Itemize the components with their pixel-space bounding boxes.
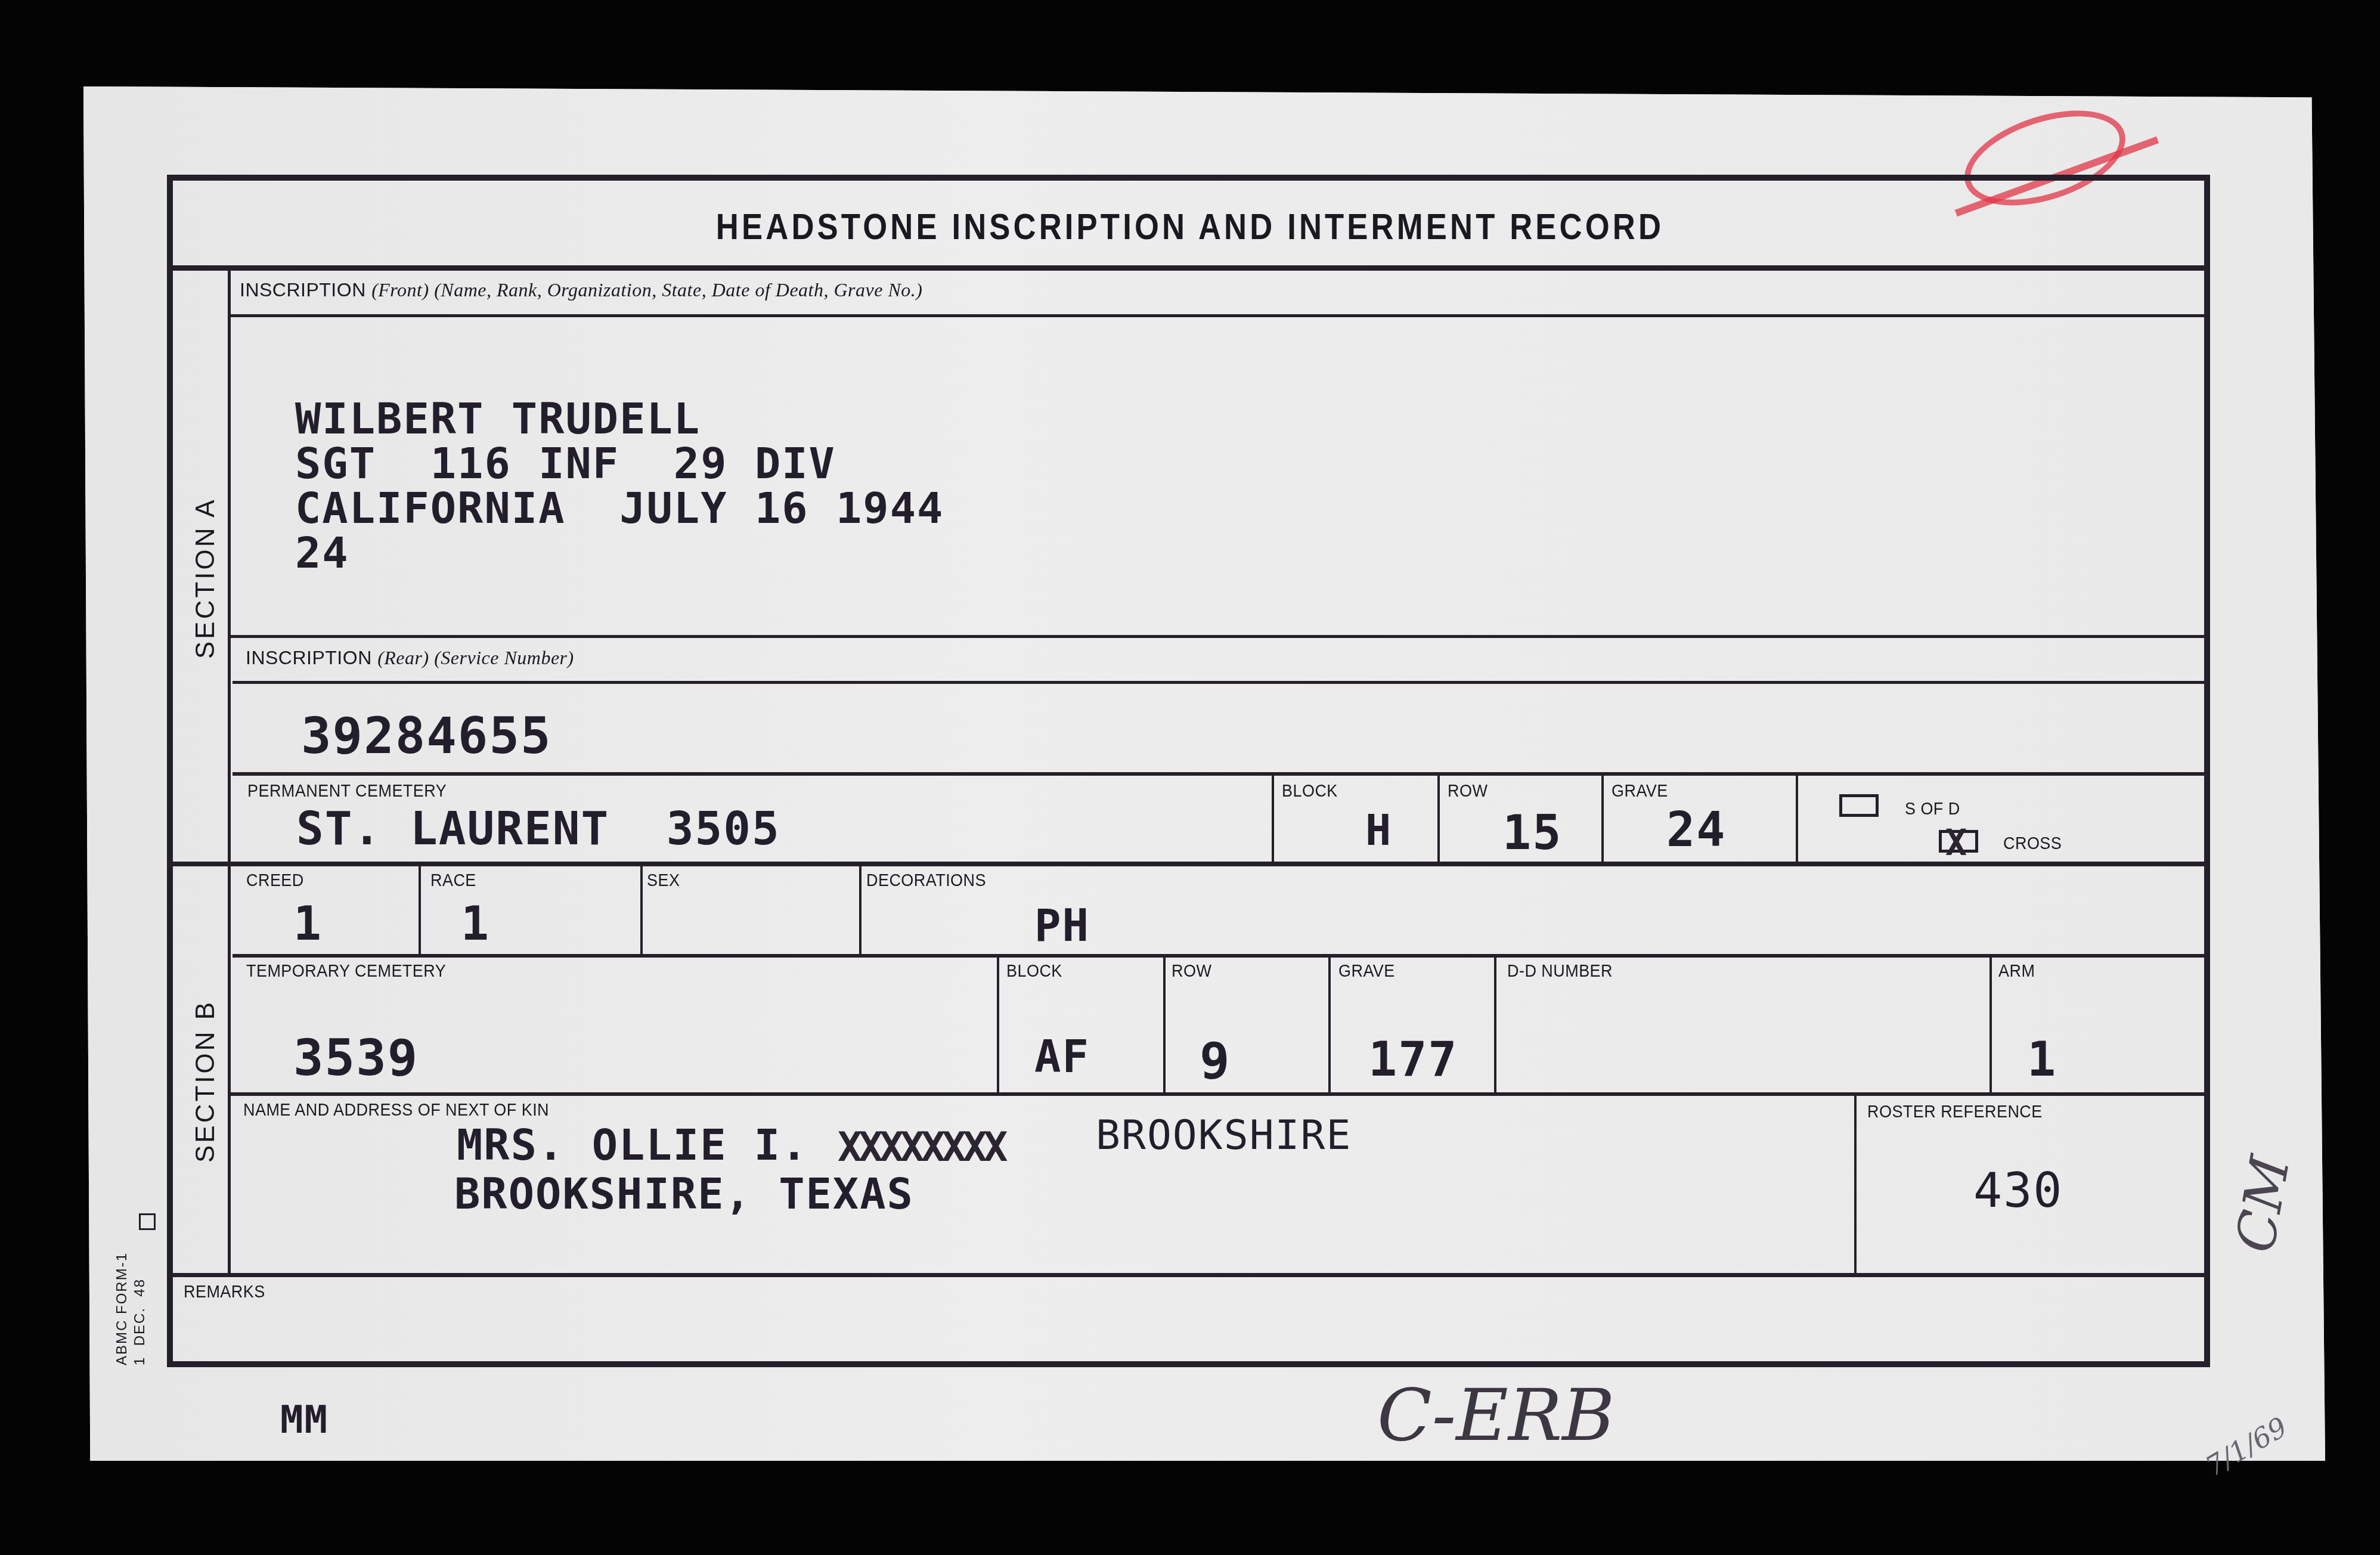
temporary-cemetery-value: 3539 — [293, 1029, 419, 1087]
sex-label: SEX — [647, 871, 680, 891]
divider — [230, 314, 2207, 317]
temporary-cemetery-label: TEMPORARY CEMETERY — [246, 961, 446, 981]
decorations-label: DECORATIONS — [866, 871, 986, 891]
cross-label: CROSS — [2003, 834, 2062, 854]
s-of-d-checkbox[interactable] — [1839, 794, 1879, 817]
divider — [170, 265, 2207, 271]
divider — [1272, 774, 1274, 863]
divider — [1601, 774, 1604, 863]
initials-stamp: MM — [280, 1398, 329, 1442]
perm-row-label: ROW — [1448, 781, 1487, 801]
permanent-cemetery-value: ST. LAURENT 3505 — [296, 802, 780, 855]
arm-value: 1 — [2027, 1031, 2057, 1087]
divider — [170, 1273, 2210, 1277]
perm-grave-label: GRAVE — [1612, 781, 1668, 801]
remarks-label: REMARKS — [184, 1282, 265, 1302]
section-a-label: SECTION A — [191, 497, 221, 659]
divider — [1796, 774, 1798, 863]
temp-row-label: ROW — [1172, 961, 1211, 981]
race-value: 1 — [461, 897, 490, 951]
service-number: 39284655 — [301, 707, 552, 765]
form-id-checkbox — [139, 1213, 156, 1230]
temp-grave-label: GRAVE — [1338, 961, 1395, 981]
section-b-label: SECTION B — [191, 1000, 221, 1163]
permanent-cemetery-label: PERMANENT CEMETERY — [247, 781, 447, 801]
divider — [233, 681, 2207, 684]
divider — [230, 635, 2207, 638]
perm-block-label: BLOCK — [1282, 781, 1338, 801]
roster-reference-value: 430 — [1973, 1163, 2063, 1218]
divider — [1989, 956, 1992, 1094]
creed-label: CREED — [246, 871, 304, 891]
form-title: HEADSTONE INSCRIPTION AND INTERMENT RECO… — [178, 206, 2201, 248]
next-of-kin-correction: BROOKSHIRE — [1096, 1112, 1352, 1159]
next-of-kin-line2: BROOKSHIRE, TEXAS — [454, 1169, 914, 1219]
cross-checkbox[interactable]: X — [1939, 830, 1978, 853]
perm-block-value: H — [1365, 805, 1392, 855]
struck-out-text: XXXXXXXX — [838, 1124, 1005, 1171]
divider — [1854, 1094, 1857, 1276]
inscription-rear-label: INSCRIPTION (Rear) (Service Number) — [246, 647, 574, 669]
perm-row-value: 15 — [1502, 805, 1562, 860]
check-mark-icon: X — [1945, 822, 1967, 864]
temp-block-label: BLOCK — [1006, 961, 1062, 981]
perm-grave-value: 24 — [1666, 802, 1726, 857]
divider — [233, 772, 2207, 776]
next-of-kin-label: NAME AND ADDRESS OF NEXT OF KIN — [243, 1100, 549, 1120]
temp-grave-value: 177 — [1368, 1031, 1458, 1087]
s-of-d-label: S OF D — [1905, 799, 1960, 819]
decorations-value: PH — [1034, 900, 1090, 952]
divider — [419, 865, 421, 957]
divider — [1437, 774, 1440, 863]
divider — [233, 954, 2207, 958]
temp-row-value: 9 — [1200, 1031, 1231, 1090]
divider — [1163, 956, 1166, 1094]
creed-value: 1 — [293, 897, 323, 951]
next-of-kin-line1: MRS. OLLIE I. — [457, 1121, 835, 1169]
divider — [640, 865, 643, 957]
race-label: RACE — [430, 871, 476, 891]
temp-block-value: AF — [1034, 1031, 1090, 1083]
divider — [230, 1092, 2207, 1096]
divider — [173, 862, 2207, 866]
divider — [1494, 956, 1496, 1094]
divider — [228, 268, 231, 1276]
inscription-front-label: INSCRIPTION (Front) (Name, Rank, Organiz… — [240, 279, 922, 301]
divider — [859, 865, 861, 957]
dd-number-label: D-D NUMBER — [1507, 961, 1613, 981]
form-id: ABMC FORM-1 1 DEC. 48 — [113, 1252, 149, 1365]
handwritten-cerb: C-ERB — [1377, 1374, 1615, 1457]
inscription-front-text: WILBERT TRUDELL SGT 116 INF 29 DIV CALIF… — [295, 397, 944, 575]
arm-label: ARM — [1998, 961, 2035, 981]
roster-reference-label: ROSTER REFERENCE — [1867, 1102, 2043, 1122]
divider — [997, 956, 999, 1094]
divider — [1328, 956, 1331, 1094]
